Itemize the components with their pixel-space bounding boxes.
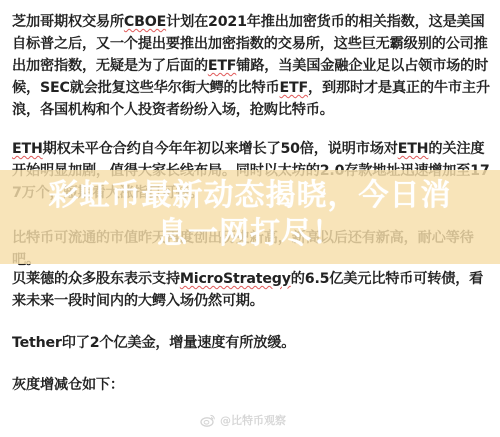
- paragraph-tether: Tether印了2个亿美金，增量速度有所放缓。: [12, 332, 295, 354]
- spellcheck-flagged-term: ETF: [280, 80, 308, 96]
- spellcheck-flagged-term: ETF: [208, 58, 236, 74]
- weibo-icon: [200, 413, 216, 427]
- paragraph-text: 芝加哥期权交易所: [12, 14, 124, 30]
- paragraph-blackrock: 贝莱德的众多股东表示支持MicroStrategy的6.5亿美元比特币可转债，看…: [12, 268, 494, 312]
- paragraph-text: 灰度增减仓如下：: [12, 377, 124, 393]
- paragraph-grayscale: 灰度增减仓如下：: [12, 374, 124, 396]
- banner-title: 彩虹币最新动态揭晓，今日消息一网打尽！: [40, 177, 460, 253]
- weibo-watermark: @比特币观察: [200, 412, 286, 428]
- title-banner-overlay: 彩虹币最新动态揭晓，今日消息一网打尽！: [0, 170, 500, 264]
- spellcheck-flagged-term: ETH: [12, 141, 43, 157]
- spellcheck-flagged-term: MicroStrategy: [180, 271, 291, 287]
- paragraph-text: Tether印了2个亿美金，增量速度有所放缓。: [12, 335, 295, 351]
- paragraph-text: 期权未平仓合约自今年年初以来增长了50倍，说明市场对: [43, 141, 398, 157]
- watermark-text: @比特币观察: [220, 412, 286, 428]
- paragraph-cboe: 芝加哥期权交易所CBOE计划在2021年推出加密货币的相关指数，这是美国自标普之…: [12, 11, 494, 121]
- spellcheck-flagged-term: ETH: [398, 141, 429, 157]
- paragraph-text: 贝莱德的众多股东表示支持: [12, 271, 180, 287]
- spellcheck-flagged-term: CBOE: [124, 14, 166, 30]
